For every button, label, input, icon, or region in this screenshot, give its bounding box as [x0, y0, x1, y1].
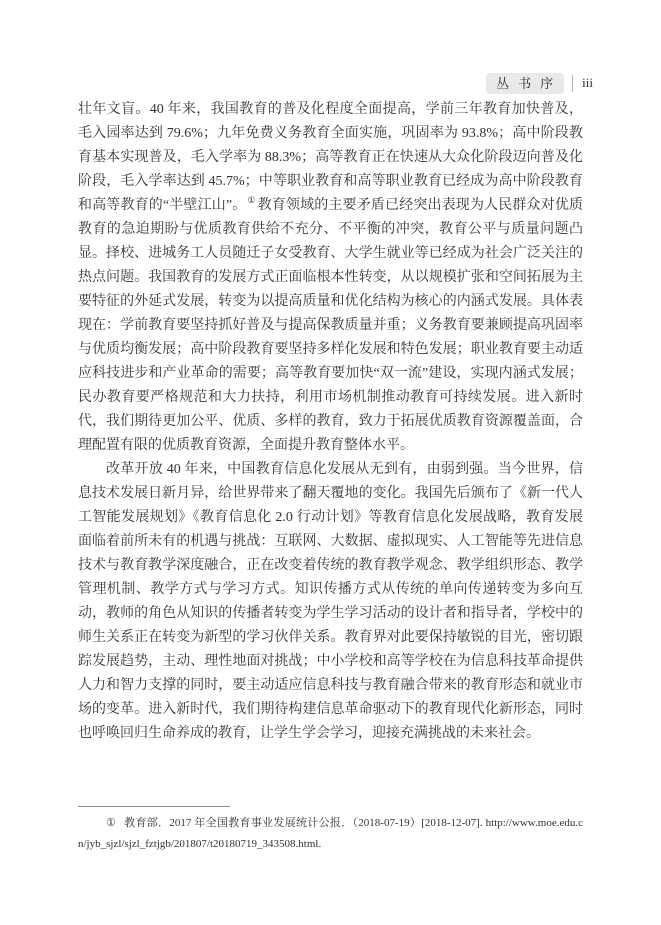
footnote-text: 教育部．2017 年全国教育事业发展统计公报．（2018-07-19）[2018…	[78, 817, 583, 850]
running-header: 丛书序 iii	[486, 72, 593, 94]
paragraph-1: 壮年文盲。40 年来，我国教育的普及化程度全面提高，学前三年教育加快普及，毛入园…	[78, 98, 583, 458]
header-divider	[572, 75, 573, 92]
page-number: iii	[582, 75, 593, 91]
footnote-divider	[78, 806, 230, 807]
book-page: 丛书序 iii 壮年文盲。40 年来，我国教育的普及化程度全面提高，学前三年教育…	[0, 0, 661, 925]
footnote-area: ①教育部．2017 年全国教育事业发展统计公报．（2018-07-19）[201…	[78, 806, 583, 855]
paragraph-2: 改革开放 40 年来，中国教育信息化发展从无到有，由弱到强。当今世界，信息技术发…	[78, 458, 583, 746]
paragraph-1-text-before-note: 壮年文盲。40 年来，我国教育的普及化程度全面提高，学前三年教育加快普及，毛入园…	[78, 102, 583, 213]
footnote-reference-marker: ①	[247, 195, 255, 205]
footnote: ①教育部．2017 年全国教育事业发展统计公报．（2018-07-19）[201…	[78, 813, 583, 855]
page-body: 壮年文盲。40 年来，我国教育的普及化程度全面提高，学前三年教育加快普及，毛入园…	[78, 98, 583, 746]
footnote-marker: ①	[106, 817, 116, 829]
paragraph-1-text-after-note: 教育领域的主要矛盾已经突出表现为人民群众对优质教育的急迫期盼与优质教育供给不充分…	[78, 198, 583, 453]
series-title-badge: 丛书序	[486, 73, 564, 94]
